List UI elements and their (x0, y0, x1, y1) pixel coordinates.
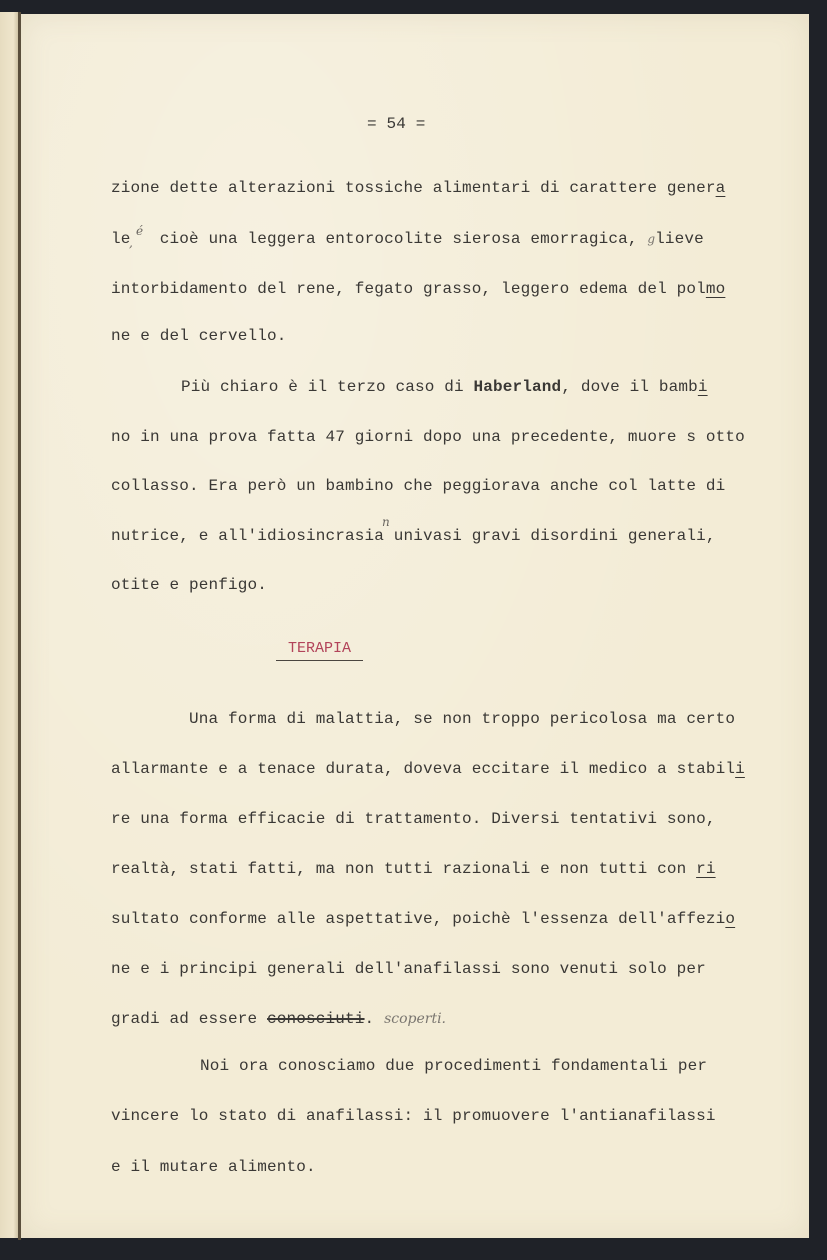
text-line: vincere lo stato di anafilassi: il promu… (111, 1107, 716, 1125)
text-line: collasso. Era però un bambino che peggio… (111, 477, 725, 495)
text-line: otite e penfigo. (111, 576, 267, 594)
struck-word: conosciuti (267, 1010, 365, 1028)
text-line: intorbidamento del rene, fegato grasso, … (111, 280, 725, 298)
previous-page-edge (0, 12, 19, 1238)
text-line: le,é cioè una leggera entorocolite siero… (111, 230, 704, 248)
text-line: sultato conforme alle aspettative, poich… (111, 910, 735, 928)
text-line: gradi ad essere conosciuti. scoperti. (111, 1010, 446, 1028)
text-line: re una forma efficacie di trattamento. D… (111, 810, 716, 828)
handwritten-correction: scoperti. (384, 1011, 446, 1027)
text-line: Più chiaro è il terzo caso di Haberland,… (181, 378, 708, 396)
handwritten-n: n (382, 515, 390, 529)
document-page (21, 14, 809, 1238)
text-line: zione dette alterazioni tossiche aliment… (111, 179, 725, 197)
text-line: allarmante e a tenace durata, doveva ecc… (111, 760, 745, 778)
handwritten-comma: , (129, 236, 133, 250)
handwritten-e: é (136, 224, 143, 238)
text-line: Noi ora conosciamo due procedimenti fond… (200, 1057, 707, 1075)
page-number: = 54 = (367, 115, 426, 133)
section-heading: TERAPIA (276, 640, 363, 661)
text-line: realtà, stati fatti, ma non tutti razion… (111, 860, 716, 878)
text-line: Una forma di malattia, se non troppo per… (189, 710, 735, 728)
text-line: ne e del cervello. (111, 327, 287, 345)
text-line: nutrice, e all'idiosincrasia univasi gra… (111, 527, 716, 545)
text-line: ne e i principi generali dell'anafilassi… (111, 960, 706, 978)
text-line: e il mutare alimento. (111, 1158, 316, 1176)
text-line: no in una prova fatta 47 giorni dopo una… (111, 428, 745, 446)
